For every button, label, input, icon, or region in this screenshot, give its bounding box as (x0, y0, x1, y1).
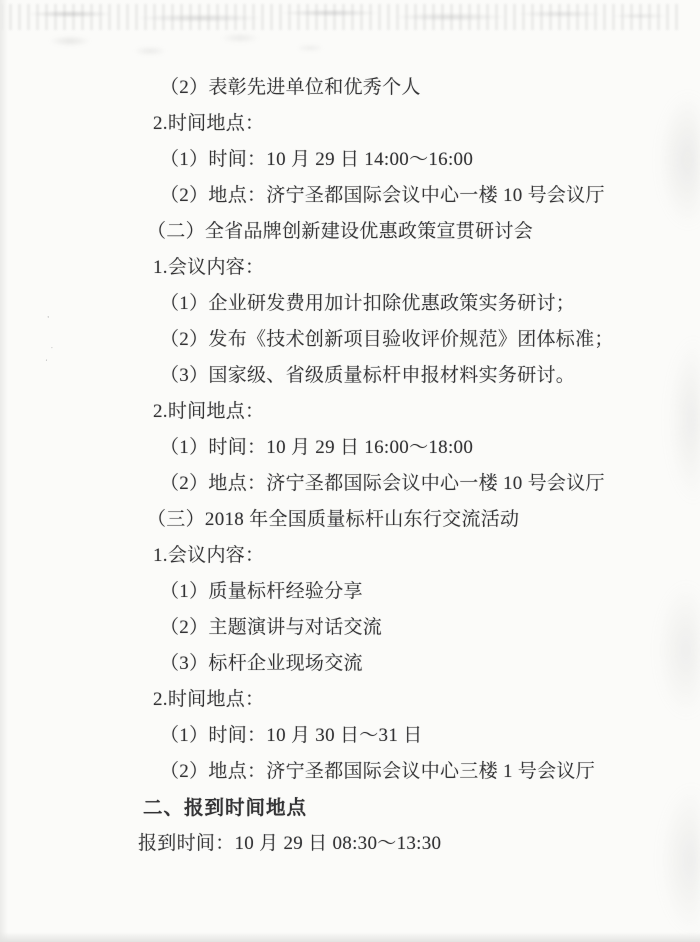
text-line: 2.时间地点： (138, 106, 678, 142)
text-line: （1）时间：10 月 29 日 16:00～18:00 (138, 430, 678, 466)
text-line: （1）时间：10 月 29 日 14:00～16:00 (138, 142, 678, 178)
scan-noise-topleft (20, 26, 350, 66)
scan-edge-left (0, 0, 8, 942)
text-line: 报到时间：10 月 29 日 08:30～13:30 (138, 826, 678, 862)
scanned-page: · · · （2）表彰先进单位和优秀个人2.时间地点：（1）时间：10 月 29… (0, 0, 700, 942)
text-line: 2.时间地点： (138, 394, 678, 430)
text-line: （3）标杆企业现场交流 (138, 646, 678, 682)
text-line: （3）国家级、省级质量标杆申报材料实务研讨。 (138, 358, 678, 394)
text-line: （2）表彰先进单位和优秀个人 (138, 70, 678, 106)
text-line: （2）主题演讲与对话交流 (138, 610, 678, 646)
text-line: 1.会议内容： (138, 250, 678, 286)
scan-speck: · (43, 356, 49, 366)
text-line: （1）企业研发费用加计扣除优惠政策实务研讨； (138, 286, 678, 322)
scan-edge-bottom (0, 932, 700, 942)
scan-speck: · (49, 344, 55, 354)
text-line: 1.会议内容： (138, 538, 678, 574)
text-line: （2）地点：济宁圣都国际会议中心一楼 10 号会议厅 (138, 466, 678, 502)
document-body: （2）表彰先进单位和优秀个人2.时间地点：（1）时间：10 月 29 日 14:… (138, 70, 678, 862)
text-line: （2）地点：济宁圣都国际会议中心一楼 10 号会议厅 (138, 178, 678, 214)
text-line: （1）时间：10 月 30 日～31 日 (138, 718, 678, 754)
text-line: （二）全省品牌创新建设优惠政策宣贯研讨会 (138, 214, 678, 250)
text-line: （2）发布《技术创新项目验收评价规范》团体标准； (138, 322, 678, 358)
text-line: （1）质量标杆经验分享 (138, 574, 678, 610)
section-heading: 二、报到时间地点 (138, 790, 678, 826)
text-line: （2）地点：济宁圣都国际会议中心三楼 1 号会议厅 (138, 754, 678, 790)
text-line: （三）2018 年全国质量标杆山东行交流活动 (138, 502, 678, 538)
text-line: 2.时间地点： (138, 682, 678, 718)
scan-speck: · (45, 313, 53, 323)
